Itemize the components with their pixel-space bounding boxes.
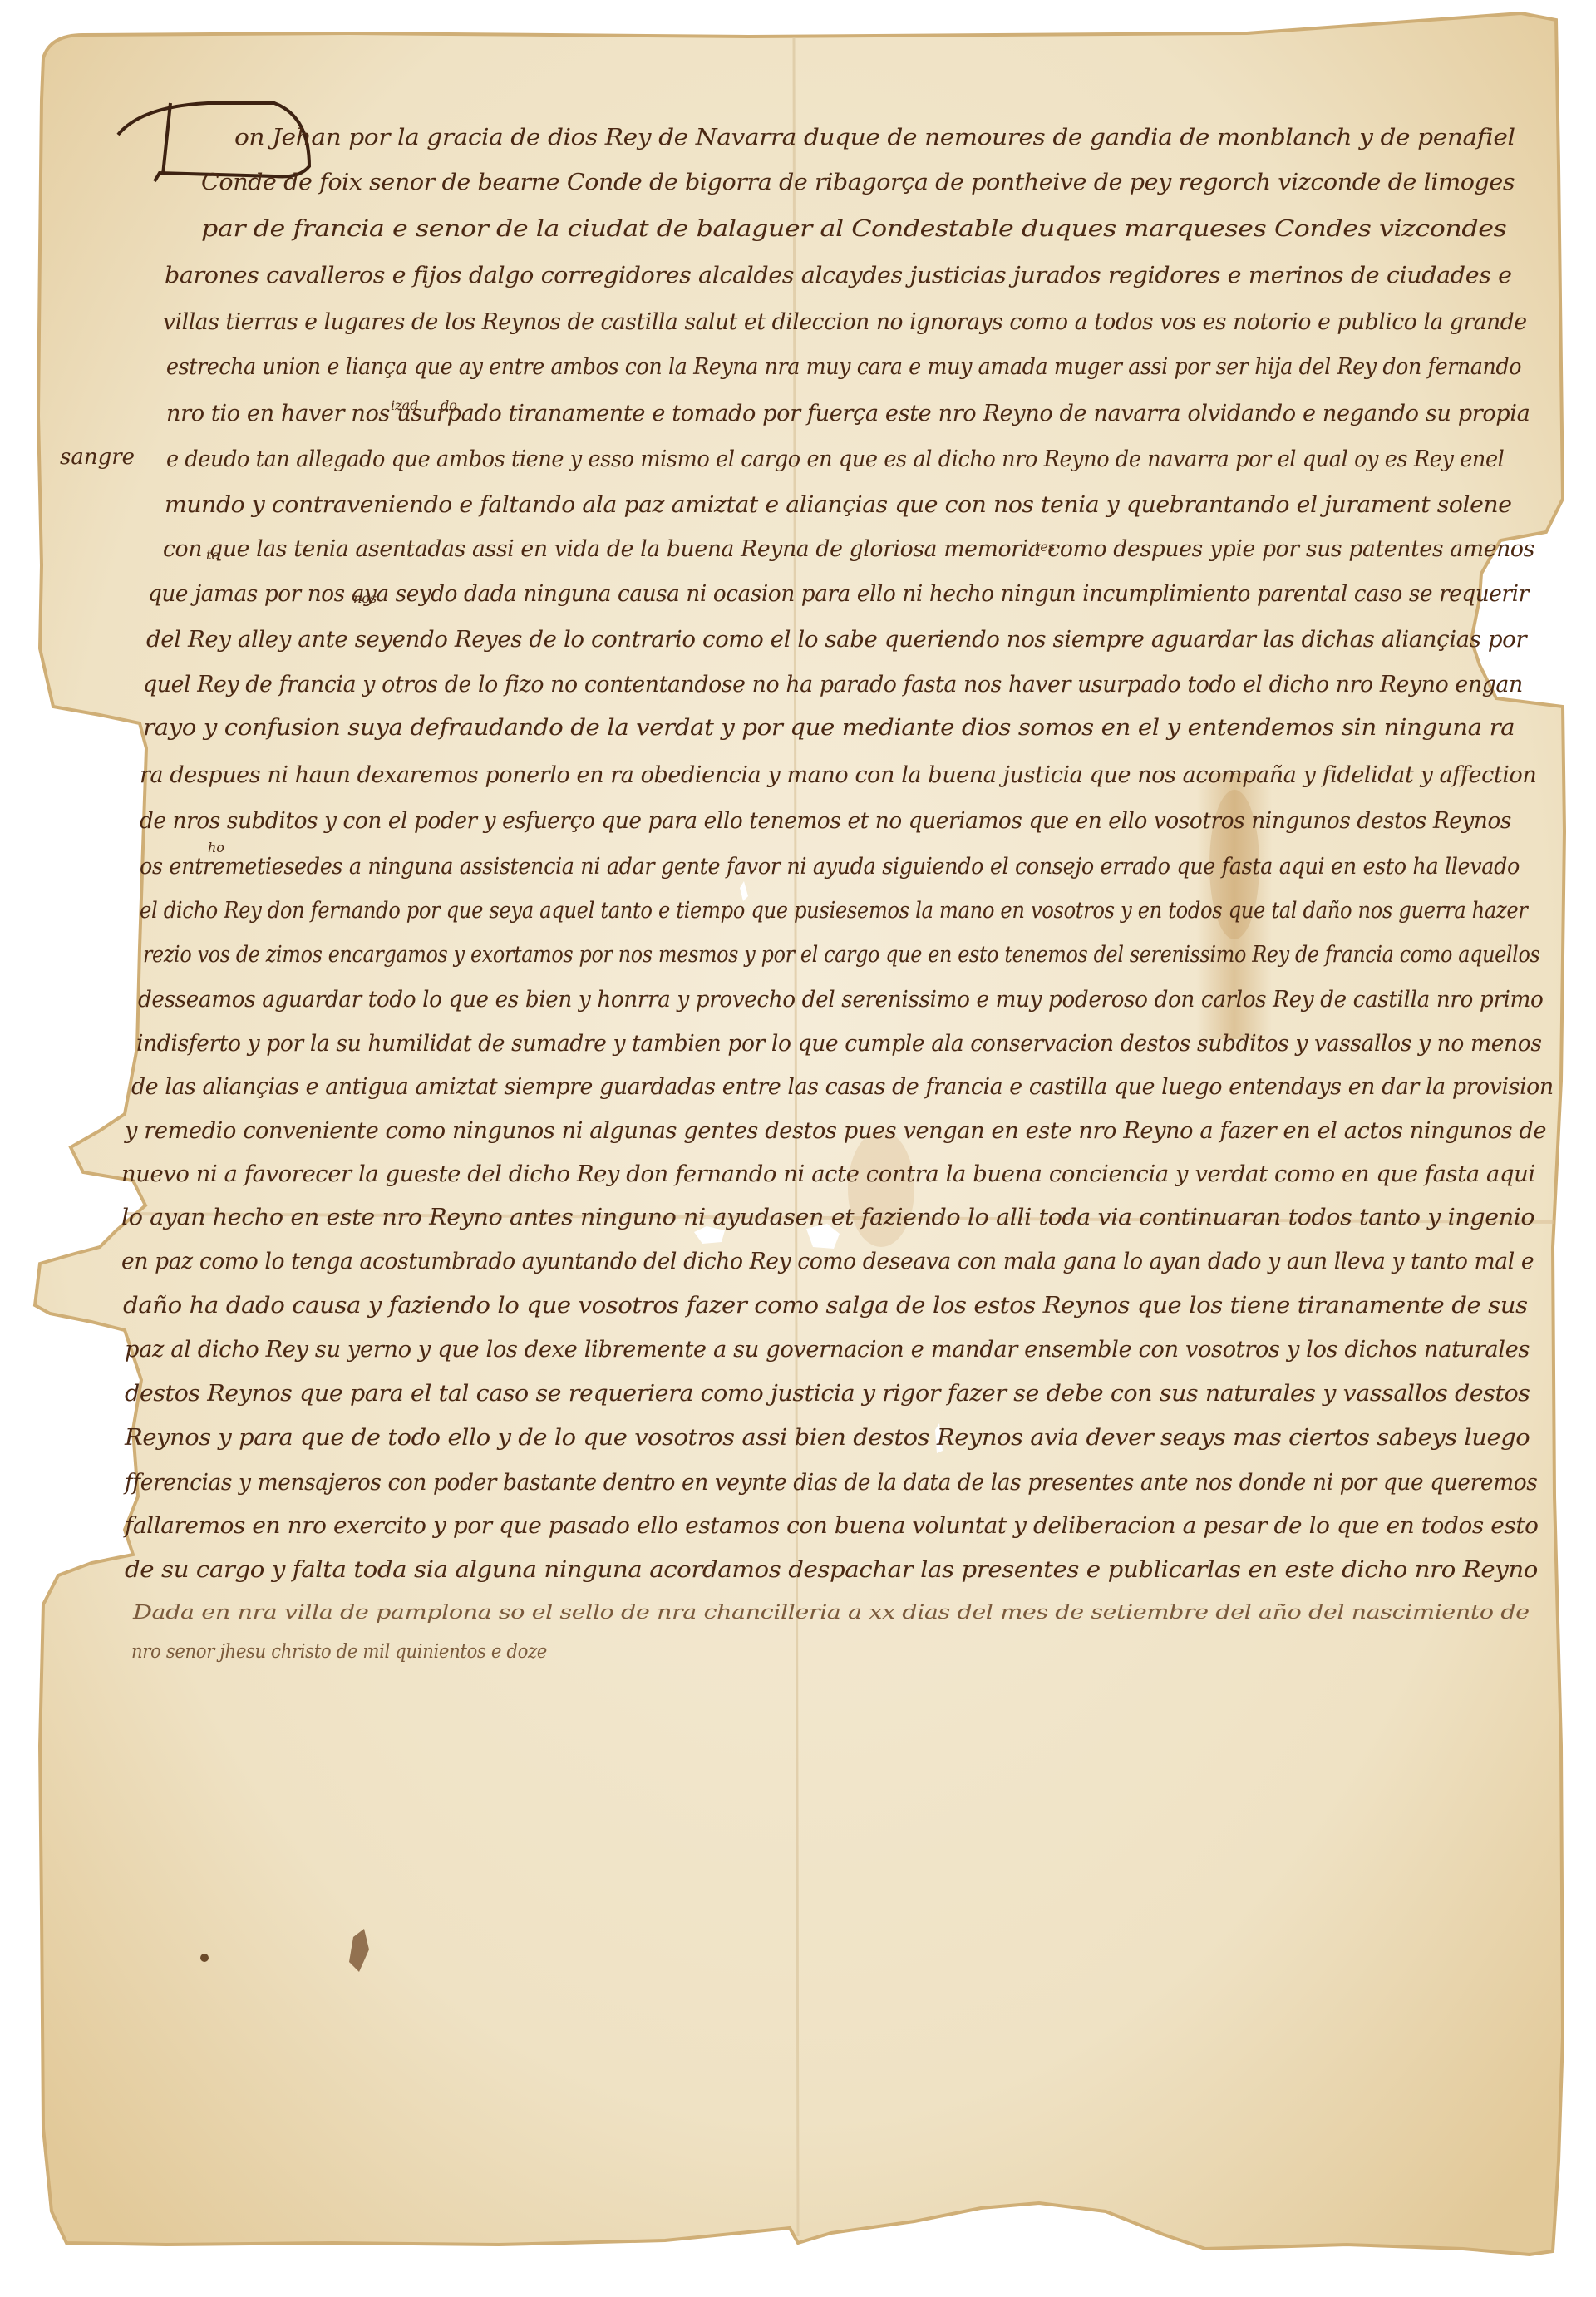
manuscript-line: estrecha union e liança que ay entre amb… xyxy=(166,354,1521,380)
manuscript-line: nuevo ni a favorecer la gueste del dicho… xyxy=(121,1161,1535,1187)
manuscript-line: indisferto y por la su humilidat de suma… xyxy=(136,1031,1542,1057)
interlinear-insertion: ho xyxy=(208,840,224,855)
manuscript-line: de nros subditos y con el poder y esfuer… xyxy=(140,808,1511,834)
manuscript-line: os entremetiesedes a ninguna assistencia… xyxy=(140,854,1520,880)
manuscript-line: barones cavalleros e fijos dalgo corregi… xyxy=(165,263,1512,288)
manuscript-line: nro tio en haver nos usurpado tiranament… xyxy=(166,401,1529,426)
manuscript-line: en paz como lo tenga acostumbrado ayunta… xyxy=(121,1249,1534,1274)
manuscript-line: rayo y confusion suya defraudando de la … xyxy=(143,715,1515,741)
interlinear-insertion: izad xyxy=(391,397,418,413)
manuscript-line: mundo y contraveniendo e faltando ala pa… xyxy=(165,492,1512,518)
manuscript-line: ra despues ni haun dexaremos ponerlo en … xyxy=(140,762,1536,788)
manuscript-line: fallaremos en nro exercito y por que pas… xyxy=(125,1513,1539,1539)
manuscript-line: e deudo tan allegado que ambos tiene y e… xyxy=(166,446,1504,472)
interlinear-insertion: do xyxy=(441,397,457,413)
manuscript-line: Conde de foix senor de bearne Conde de b… xyxy=(201,170,1515,195)
manuscript-line: de las aliançias e antigua amiztat siemp… xyxy=(131,1074,1554,1100)
manuscript-line: destos Reynos que para el tal caso se re… xyxy=(125,1381,1530,1407)
manuscript-line: Dada en nra villa de pamplona so el sell… xyxy=(133,1602,1529,1624)
interlinear-insertion: te xyxy=(206,547,219,563)
manuscript-line: villas tierras e lugares de los Reynos d… xyxy=(163,309,1527,335)
manuscript-line: desseamos aguardar todo lo que es bien y… xyxy=(138,987,1543,1013)
manuscript-line: fferencias y mensajeros con poder bastan… xyxy=(125,1470,1537,1496)
manuscript-line: rezio vos de zimos encargamos y exortamo… xyxy=(143,942,1539,968)
manuscript-line: par de francia e senor de la ciudat de b… xyxy=(201,216,1506,242)
interlinear-insertion: tes xyxy=(1035,539,1055,555)
manuscript-line: lo ayan hecho en este nro Reyno antes ni… xyxy=(121,1205,1534,1230)
manuscript-line: quel Rey de francia y otros de lo fizo n… xyxy=(143,672,1523,697)
manuscript-line: Reynos y para que de todo ello y de lo q… xyxy=(125,1425,1529,1451)
manuscript-line: y remedio conveniente como ningunos ni a… xyxy=(125,1118,1546,1144)
margin-note: sangre xyxy=(60,445,135,470)
manuscript-line: el dicho Rey don fernando por que seya a… xyxy=(140,898,1528,924)
interlinear-insertion: nos xyxy=(353,590,377,606)
manuscript-line: del Rey alley ante seyendo Reyes de lo c… xyxy=(146,627,1526,653)
manuscript-line: nro senor jhesu christo de mil quiniento… xyxy=(131,1641,547,1663)
manuscript-line: paz al dicho Rey su yerno y que los dexe… xyxy=(125,1337,1529,1363)
manuscript-paper xyxy=(0,0,1596,2297)
manuscript-line: on Jehan por la gracia de dios Rey de Na… xyxy=(234,125,1515,150)
manuscript-line: de su cargo y falta toda sia alguna ning… xyxy=(125,1557,1538,1583)
manuscript-line: con que las tenia asentadas assi en vida… xyxy=(163,536,1534,562)
manuscript-line: daño ha dado causa y faziendo lo que vos… xyxy=(123,1293,1528,1319)
